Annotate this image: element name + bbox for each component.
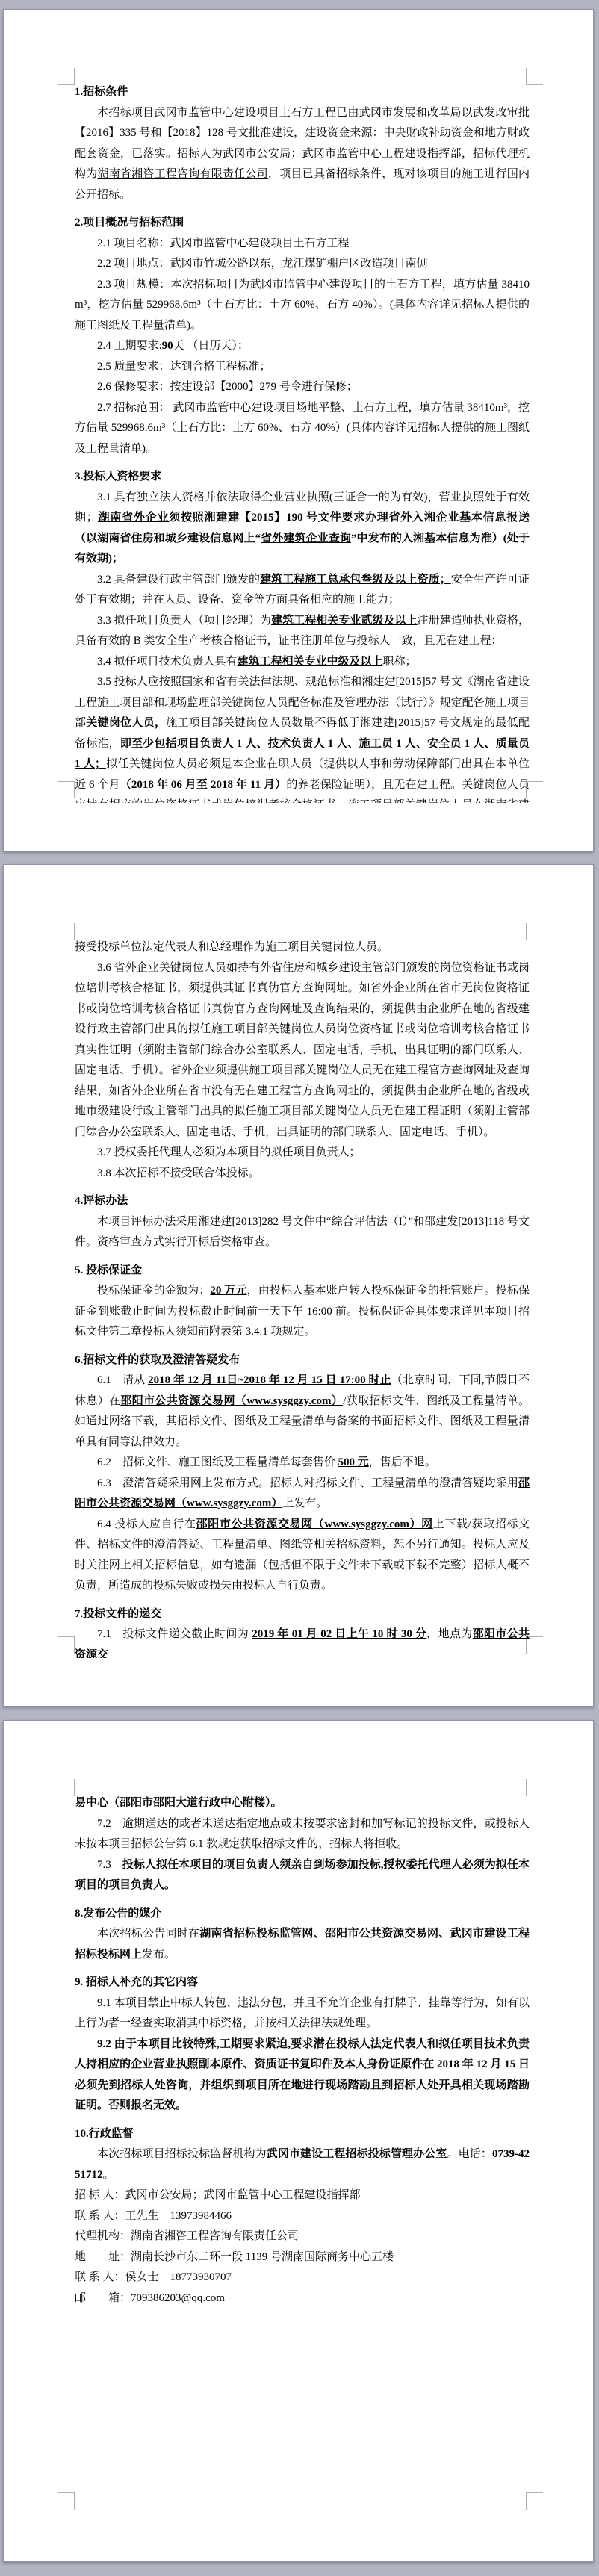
item-6-1-run: 2018 年 12 月 11日~2018 年 12 月 15 日 17:00 时… [148,1374,391,1386]
item-7-3-run: 投标人拟任本项目的项目负责人须亲自到场参加投标,授权委托代理人必须为拟任本项目的… [75,1859,530,1892]
sec-10-heading: 10.行政监督 [75,2124,530,2145]
sec-8-body-run: 本次招标公告同时在 [97,1928,199,1940]
sec-5-heading-run: 5. 投标保证金 [75,1264,142,1276]
item-6-4-run: 邵阳市公共资源交易网（www.sysggzy.com）网 [196,1518,433,1530]
item-2-4: 2.4 工期要求:90天 （日历天）； [75,336,530,357]
item-3-3-run: 3.3 拟任项目负责人（项目经理）为 [97,615,271,627]
item-6-3: 6.3 澄清答疑采用网上发布方式。招标人对招标文件、工程量清单的澄清答疑均采用邵… [75,1474,530,1515]
page-3: 易中心（邵阳市邵阳大道行政中心附楼）。7.2 逾期送达的或者未送达指定地点或未按… [3,1720,594,2562]
item-3-7: 3.7 授权委托代理人必须为本项目的拟任项目负责人； [75,1143,530,1164]
item-6-3-run: 6.3 澄清答疑采用网上发布方式。招标人对招标文件、工程量清单的澄清答疑均采用 [97,1477,518,1489]
item-3-2: 3.2 具备建设行政主管部门颁发的建筑工程施工总承包叁级及以上资质；安全生产许可… [75,570,530,611]
sec-9-heading-run: 9. 招标人补充的其它内容 [75,1976,198,1988]
item-6-2-run: 6.2 招标文件、施工图纸及工程量清单每套售价 [97,1456,338,1468]
sec-5-heading: 5. 投标保证金 [75,1261,530,1282]
item-7-1: 7.1 投标文件递交截止时间为 2019 年 01 月 02 日上午 10 时 … [75,1624,530,1658]
item-2-2: 2.2 项目地点：武冈市竹城公路以东，龙江煤矿棚户区改造项目南侧 [75,254,530,275]
item-3-1-run: 省外建筑企业查询 [261,533,351,544]
item-7-1-run: 7.1 投标文件递交截止时间为 [97,1628,252,1640]
item-2-7: 2.7 招标范围： 武冈市监管中心建设项目场地平整、土石方工程，填方估量 384… [75,398,530,460]
item-9-1-run: 9.1 本项目禁止中标人转包、违法分包，并且不允许企业有打牌子、挂靠等行为，如有… [75,1997,530,2030]
margin-mark-top-left [58,923,75,940]
sec-10-body-run: 本次招标项目招标投标监督机构为 [97,2148,267,2160]
sec-8-body-run: 发布。 [142,1949,176,1961]
item-7-2: 7.2 逾期送达的或者未送达指定地点或未按要求密封和加写标记的投标文件，或投标人… [75,1814,530,1855]
item-3-2-run: 建筑工程施工总承包叁级及以上资质； [260,574,451,586]
sec-1-body-run: 本招标项目 [97,107,154,119]
item-7-1-continued-run: 易中心（邵阳市邵阳大道行政中心附楼）。 [75,1797,282,1809]
sec-1-body-run: 文批准建设，建设资金来源： [238,127,384,139]
sec-9-heading: 9. 招标人补充的其它内容 [75,1973,530,1993]
sec-8-body: 本次招标公告同时在湖南省招标投标监管网、邵阳市公共资源交易网、武冈市建设工程招标… [75,1924,530,1965]
contact-address: 地 址：湖南长沙市东二环一段 1139 号湖南国际商务中心五楼 [75,2247,530,2268]
contact-address-run: 地 址：湖南长沙市东二环一段 1139 号湖南国际商务中心五楼 [75,2251,394,2263]
item-6-2-run: 500 元 [338,1456,369,1468]
margin-mark-top-left [58,68,75,85]
item-3-3: 3.3 拟任项目负责人（项目经理）为建筑工程相关专业贰级及以上注册建造师执业资格… [75,611,530,652]
item-2-6: 2.6 保修要求：按建设部【2000】279 号令进行保修； [75,377,530,398]
item-3-5-run: 关键岗位人员， [86,717,166,729]
sec-1-body-run: 已由 [336,107,359,119]
item-2-3-run: 2.3 项目规模：本次招标项目为武冈市监管中心建设项目的土石方工程，填方估量 3… [75,279,530,332]
item-6-4-run: 6.4 投标人应自行在 [97,1518,196,1530]
margin-mark-bottom-left [58,781,75,798]
item-7-1-run: ，地点为 [426,1628,472,1640]
item-3-5-continued-run: 接受投标单位法定代表人和总经理作为施工项目关键岗位人员。 [75,941,388,953]
item-3-5-run: （2018 年 06 月至 2018 年 11 月） [120,779,287,791]
item-3-6-run: 3.6 省外企业关键岗位人员如持有外省住房和城乡建设主管部门颁发的岗位资格证书或… [75,962,530,1138]
contact-email: 邮 箱：709386203@qq.com [75,2288,530,2309]
sec-10-body-run: 武冈市建设工程招标投标管理办公室 [267,2148,447,2160]
item-3-1-run: 湖南省外企业 [98,512,169,524]
contact-person-2: 联 系 人：侯女士 18773930707 [75,2268,530,2288]
item-2-1: 2.1 项目名称：武冈市监管中心建设项目土石方工程 [75,234,530,255]
sec-3-heading-run: 3.投标人资格要求 [75,471,161,482]
sec-5-body-run: 投标保证金的金额为： [97,1285,210,1297]
item-2-3: 2.3 项目规模：本次招标项目为武冈市监管中心建设项目的土石方工程，填方估量 3… [75,275,530,337]
contact-person-1-run: 联 系 人：王先生 13973984466 [75,2210,232,2222]
item-3-4: 3.4 拟任项目技术负责人具有建筑工程相关专业中级及以上职称； [75,652,530,673]
item-7-1-continued: 易中心（邵阳市邵阳大道行政中心附楼）。 [75,1793,530,1814]
sec-5-body: 投标保证金的金额为：20 万元，由投标人基本账户转入投标保证金的托管账户。投标保… [75,1281,530,1343]
item-7-3-run: 7.3 [97,1859,122,1871]
item-6-1: 6.1 请从 2018 年 12 月 11日~2018 年 12 月 15 日 … [75,1371,530,1453]
sec-8-heading: 8.发布公告的媒介 [75,1904,530,1925]
contact-person-1: 联 系 人：王先生 13973984466 [75,2206,530,2227]
sec-6-heading-run: 6.招标文件的获取及澄清答疑发布 [75,1354,240,1366]
item-6-4: 6.4 投标人应自行在邵阳市公共资源交易网（www.sysggzy.com）网上… [75,1515,530,1597]
item-7-1-run: 2019 年 01 月 02 日上午 10 时 30 分 [252,1628,426,1640]
sec-10-heading-run: 10.行政监督 [75,2128,134,2140]
page-3-content: 易中心（邵阳市邵阳大道行政中心附楼）。7.2 逾期送达的或者未送达指定地点或未按… [75,1793,530,2513]
contact-email-run: 邮 箱：709386203@qq.com [75,2292,225,2304]
sec-7-heading-run: 7.投标文件的递交 [75,1608,161,1620]
item-3-5: 3.5 投标人应按照国家和省有关法律法规、规范标准和湘建建[2015]57 号文… [75,672,530,803]
item-2-5-run: 2.5 质量要求：达到合格工程标准； [97,361,271,373]
sec-4-heading-run: 4.评标办法 [75,1195,128,1207]
sec-1-body: 本招标项目武冈市监管中心建设项目土石方工程已由武冈市发展和改革局以武发改审批【2… [75,103,530,206]
sec-1-heading-run: 1.招标条件 [75,86,128,98]
item-3-3-run: 建筑工程相关专业贰级及以上 [271,615,418,627]
item-2-6-run: 2.6 保修要求：按建设部【2000】279 号令进行保修； [97,381,358,393]
item-3-1: 3.1 具有独立法人资格并依法取得企业营业执照(三证合一的为有效)，营业执照处于… [75,488,530,570]
item-3-8: 3.8 本次招标不接受联合体投标。 [75,1164,530,1185]
sec-4-body: 本项目评标办法采用湘建建[2013]282 号文件中“综合评估法（I）”和邵建发… [75,1212,530,1253]
item-6-1-run: 6.1 请从 [97,1374,148,1386]
item-3-4-run: 建筑工程相关专业中级及以上 [238,656,383,668]
item-3-2-run: 3.2 具备建设行政主管部门颁发的 [97,574,260,586]
contact-agency: 代理机构：湖南省湘咨工程咨询有限责任公司 [75,2226,530,2247]
sec-1-body-run: 武冈市监管中心建设项目土石方工程 [154,107,336,119]
page-1: 1.招标条件本招标项目武冈市监管中心建设项目土石方工程已由武冈市发展和改革局以武… [3,9,594,851]
contact-person-2-run: 联 系 人：侯女士 18773930707 [75,2271,232,2283]
page-1-content: 1.招标条件本招标项目武冈市监管中心建设项目土石方工程已由武冈市发展和改革局以武… [75,82,530,803]
contact-bidder-run: 招 标 人：武冈市公安局；武冈市监管中心工程建设指挥部 [75,2189,361,2201]
item-9-2-run: 9.2 由于本项目比较特殊,工期要求紧迫,要求潜在投标人法定代表人和拟任项目技术… [75,2038,530,2112]
item-9-1: 9.1 本项目禁止中标人转包、违法分包，并且不允许企业有打牌子、挂靠等行为，如有… [75,1993,530,2035]
sec-5-body-run: 20 万元 [210,1285,246,1297]
item-6-2-run: ，售后不退。 [369,1456,436,1468]
margin-mark-bottom-left [58,2492,75,2510]
item-3-8-run: 3.8 本次招标不接受联合体投标。 [97,1167,260,1179]
item-2-4-run: 天 （日历天）； [173,340,249,352]
sec-3-heading: 3.投标人资格要求 [75,467,530,488]
sec-8-heading-run: 8.发布公告的媒介 [75,1908,161,1919]
margin-mark-bottom-left [58,1636,75,1654]
sec-1-body-run: ，已落实。招标人为 [120,148,223,160]
sec-6-heading: 6.招标文件的获取及澄清答疑发布 [75,1350,530,1371]
item-6-3-run: 上发布。 [282,1498,327,1509]
item-6-2: 6.2 招标文件、施工图纸及工程量清单每套售价 500 元，售后不退。 [75,1453,530,1474]
item-6-1-run: 邵阳市公共资源交易网（www.sysggzy.com） [120,1395,343,1407]
margin-mark-top-left [58,1779,75,1796]
item-3-5-continued: 接受投标单位法定代表人和总经理作为施工项目关键岗位人员。 [75,937,530,958]
sec-1-body-run: 武冈市公安局；武冈市监管中心工程建设指挥部 [223,148,462,160]
sec-4-heading: 4.评标办法 [75,1191,530,1212]
item-9-2: 9.2 由于本项目比较特殊,工期要求紧迫,要求潜在投标人法定代表人和拟任项目技术… [75,2035,530,2117]
document-viewer-canvas: { "canvas": { "background": "#b3b6c2" },… [0,0,599,2576]
item-2-4-run: 90 [162,340,173,352]
sec-7-heading: 7.投标文件的递交 [75,1604,530,1625]
item-2-2-run: 2.2 项目地点：武冈市竹城公路以东，龙江煤矿棚户区改造项目南侧 [97,258,428,270]
contact-agency-run: 代理机构：湖南省湘咨工程咨询有限责任公司 [75,2230,299,2242]
item-2-7-run: 2.7 招标范围： 武冈市监管中心建设项目场地平整、土石方工程，填方估量 384… [75,402,530,455]
item-7-2-run: 7.2 逾期送达的或者未送达指定地点或未按要求密封和加写标记的投标文件，或投标人… [75,1818,530,1851]
item-2-5: 2.5 质量要求：达到合格工程标准； [75,357,530,378]
sec-2-heading: 2.项目概况与招标范围 [75,213,530,234]
sec-4-body-run: 本项目评标办法采用湘建建[2013]282 号文件中“综合评估法（I）”和邵建发… [75,1216,530,1249]
sec-2-heading-run: 2.项目概况与招标范围 [75,217,184,229]
item-2-4-run: 2.4 工期要求: [97,340,162,352]
sec-10-body-run: 。 [103,2169,114,2181]
page-2: 接受投标单位法定代表人和总经理作为施工项目关键岗位人员。3.6 省外企业关键岗位… [3,864,594,1707]
page-2-content: 接受投标单位法定代表人和总经理作为施工项目关键岗位人员。3.6 省外企业关键岗位… [75,937,530,1658]
sec-10-body-run: 。电话： [447,2148,492,2160]
item-3-6: 3.6 省外企业关键岗位人员如持有外省住房和城乡建设主管部门颁发的岗位资格证书或… [75,958,530,1143]
sec-1-heading: 1.招标条件 [75,82,530,103]
item-3-7-run: 3.7 授权委托代理人必须为本项目的拟任项目负责人； [97,1146,361,1158]
item-3-4-run: 3.4 拟任项目技术负责人具有 [97,656,238,668]
item-7-3: 7.3 投标人拟任本项目的项目负责人须亲自到场参加投标,授权委托代理人必须为拟任… [75,1855,530,1896]
item-2-1-run: 2.1 项目名称：武冈市监管中心建设项目土石方工程 [97,238,350,249]
sec-10-body: 本次招标项目招标投标监督机构为武冈市建设工程招标投标管理办公室。电话：0739-… [75,2144,530,2185]
sec-1-body-run: 湖南省湘咨工程咨询有限责任公司 [97,168,267,180]
item-3-4-run: 职称； [383,656,417,668]
contact-bidder: 招 标 人：武冈市公安局；武冈市监管中心工程建设指挥部 [75,2185,530,2206]
